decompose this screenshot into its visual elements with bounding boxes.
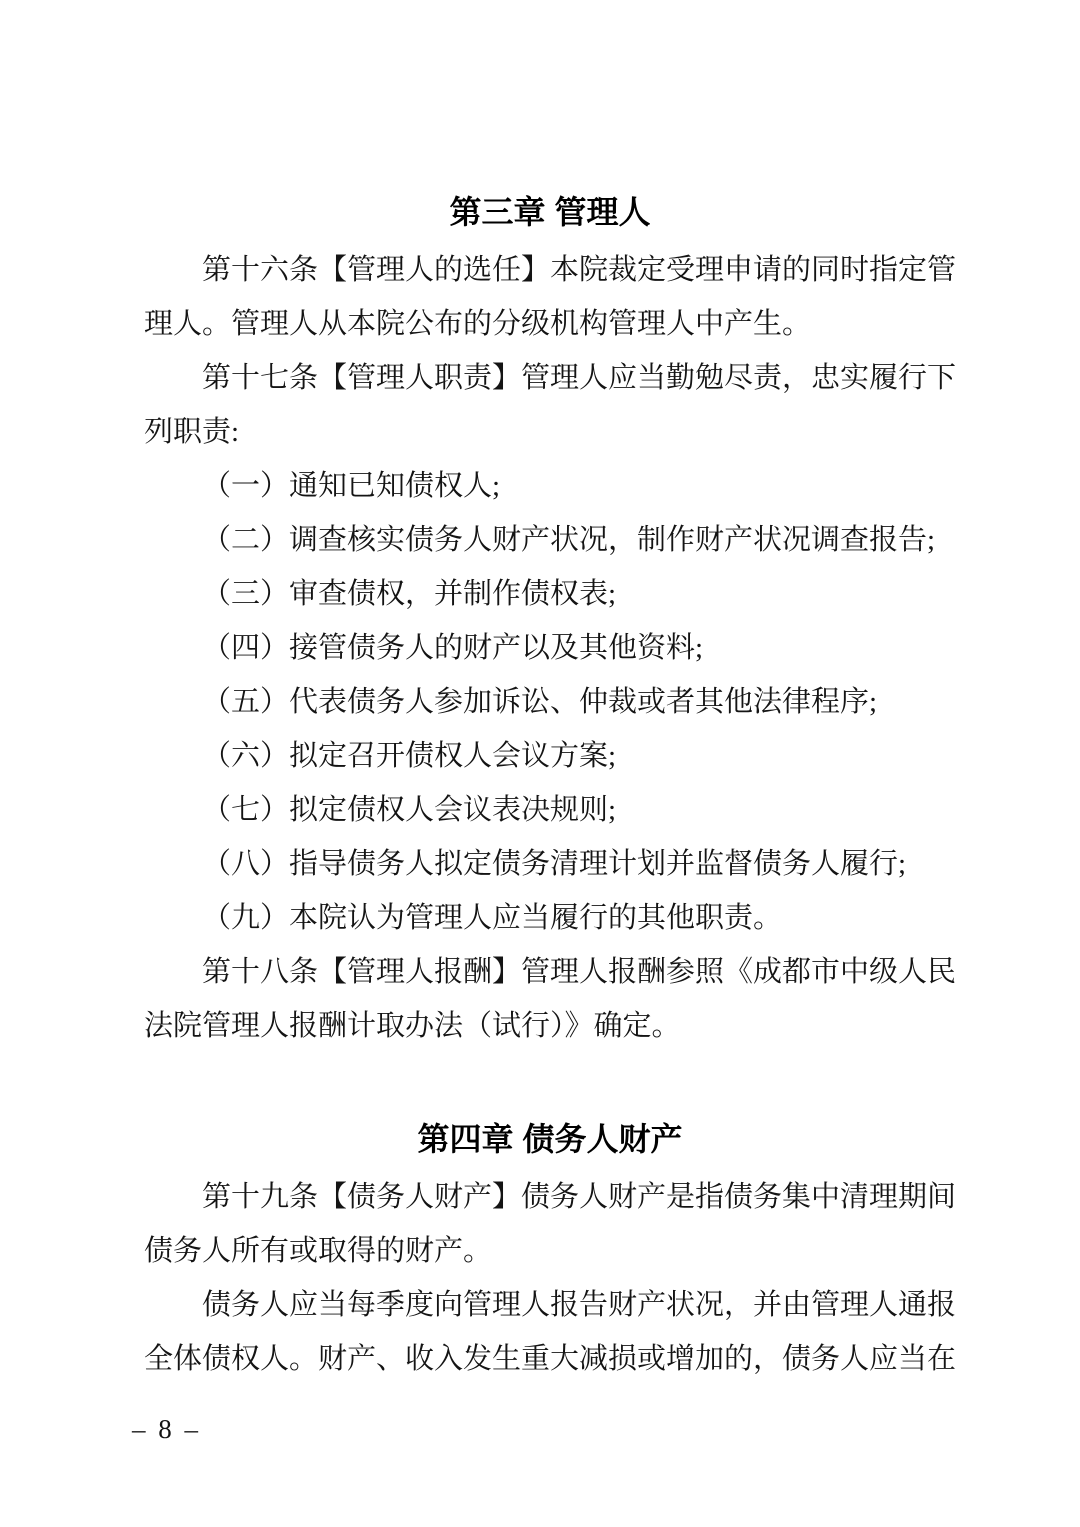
page-content: 第三章 管理人 第十六条【管理人的选任】本院裁定受理申请的同时指定管 理人。管理… <box>0 185 1080 1386</box>
duty-item-6: （六）拟定召开债权人会议方案; <box>144 729 956 783</box>
article-17-line-2: 列职责: <box>144 405 956 459</box>
article-16-line-2: 理人。管理人从本院公布的分级机构管理人中产生。 <box>144 297 956 351</box>
paragraph-line-2: 全体债权人。财产、收入发生重大减损或增加的，债务人应当在 <box>144 1332 956 1386</box>
duty-item-2: （二）调查核实债务人财产状况，制作财产状况调查报告; <box>144 513 956 567</box>
article-18-line-1: 第十八条【管理人报酬】管理人报酬参照《成都市中级人民 <box>144 945 956 999</box>
page-number: – 8 – <box>132 1412 201 1446</box>
duty-item-5: （五）代表债务人参加诉讼、仲裁或者其他法律程序; <box>144 675 956 729</box>
chapter-4-heading: 第四章 债务人财产 <box>144 1112 956 1166</box>
article-18-line-2: 法院管理人报酬计取办法（试行）》确定。 <box>144 999 956 1053</box>
chapter-3-heading: 第三章 管理人 <box>144 185 956 239</box>
paragraph-line-1: 债务人应当每季度向管理人报告财产状况，并由管理人通报 <box>144 1278 956 1332</box>
duty-item-3: （三）审查债权，并制作债权表; <box>144 567 956 621</box>
duty-item-8: （八）指导债务人拟定债务清理计划并监督债务人履行; <box>144 837 956 891</box>
article-19-line-1: 第十九条【债务人财产】债务人财产是指债务集中清理期间 <box>144 1170 956 1224</box>
duty-item-4: （四）接管债务人的财产以及其他资料; <box>144 621 956 675</box>
article-19-line-2: 债务人所有或取得的财产。 <box>144 1224 956 1278</box>
article-16-line-1: 第十六条【管理人的选任】本院裁定受理申请的同时指定管 <box>144 243 956 297</box>
article-17-line-1: 第十七条【管理人职责】管理人应当勤勉尽责，忠实履行下 <box>144 351 956 405</box>
document-page: 第三章 管理人 第十六条【管理人的选任】本院裁定受理申请的同时指定管 理人。管理… <box>0 0 1080 1527</box>
duty-item-7: （七）拟定债权人会议表决规则; <box>144 783 956 837</box>
duty-item-9: （九）本院认为管理人应当履行的其他职责。 <box>144 891 956 945</box>
duty-item-1: （一）通知已知债权人; <box>144 459 956 513</box>
